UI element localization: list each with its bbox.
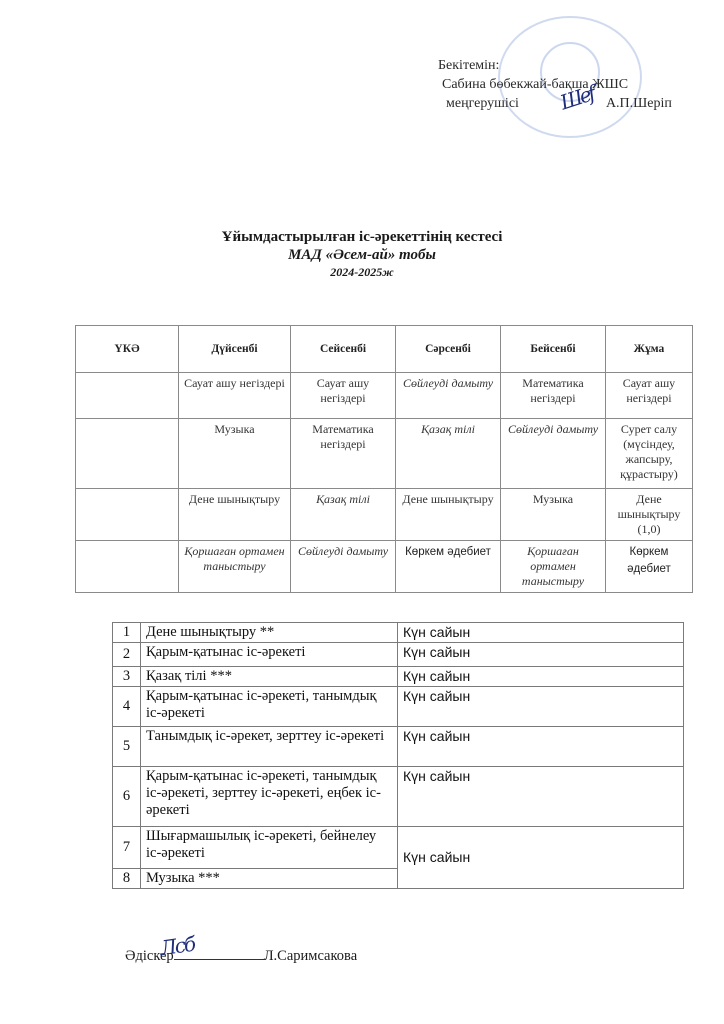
schedule-cell: Қазақ тілі [291, 489, 396, 541]
activity-name: Музыка *** [141, 869, 398, 889]
schedule-row: Музыка Математика негіздері Қазақ тілі С… [76, 419, 693, 489]
schedule-cell: Сөйлеуді дамыту [396, 373, 501, 419]
schedule-cell: Музыка [501, 489, 606, 541]
activity-row: 6 Қарым-қатынас іс-әрекеті, танымдық іс-… [113, 767, 684, 827]
activity-number: 7 [113, 827, 141, 869]
activity-number: 6 [113, 767, 141, 827]
schedule-cell: Дене шынықтыру [179, 489, 291, 541]
document-title: Ұйымдастырылған іс-әрекеттінің кестесі [0, 228, 724, 246]
schedule-cell: Дене шынықтыру [396, 489, 501, 541]
schedule-cell: Көркем әдебиет [606, 541, 693, 593]
activity-frequency: Күн сайын [398, 767, 684, 827]
column-header-uke: ҮКӘ [76, 326, 179, 373]
column-header-thursday: Бейсенбі [501, 326, 606, 373]
activities-table: 1 Дене шынықтыру ** Күн сайын 2 Қарым-қа… [112, 622, 684, 889]
column-header-wednesday: Сәрсенбі [396, 326, 501, 373]
activity-number: 8 [113, 869, 141, 889]
activity-name: Қазақ тілі *** [141, 667, 398, 687]
approval-name: А.П.Шеріп [606, 96, 672, 111]
schedule-cell: Сауат ашу негіздері [606, 373, 693, 419]
activity-row: 5 Танымдық іс-әрекет, зерттеу іс-әрекеті… [113, 727, 684, 767]
activity-row: 1 Дене шынықтыру ** Күн сайын [113, 623, 684, 643]
academic-year: 2024-2025ж [0, 264, 724, 280]
schedule-cell: Сауат ашу негіздері [179, 373, 291, 419]
activity-frequency: Күн сайын [398, 667, 684, 687]
activity-name: Дене шынықтыру ** [141, 623, 398, 643]
group-name: МАД «Әсем-ай» тобы [0, 246, 724, 264]
schedule-header-row: ҮКӘ Дүйсенбі Сейсенбі Сәрсенбі Бейсенбі … [76, 326, 693, 373]
methodist-name: Л.Саримсакова [264, 948, 357, 964]
approval-role: меңгерушісі [446, 96, 519, 111]
schedule-cell: Қоршаған ортамен таныстыру [501, 541, 606, 593]
column-header-friday: Жұма [606, 326, 693, 373]
activity-number: 5 [113, 727, 141, 767]
activity-name: Қарым-қатынас іс-әрекеті, танымдық іс-әр… [141, 687, 398, 727]
schedule-cell: Сөйлеуді дамыту [291, 541, 396, 593]
schedule-row: Қоршаған ортамен таныстыру Сөйлеуді дамы… [76, 541, 693, 593]
activity-number: 1 [113, 623, 141, 643]
column-header-monday: Дүйсенбі [179, 326, 291, 373]
document-header: Ұйымдастырылған іс-әрекеттінің кестесі М… [0, 228, 724, 280]
activity-frequency: Күн сайын [398, 643, 684, 667]
activity-frequency: Күн сайын [398, 687, 684, 727]
schedule-row: Сауат ашу негіздері Сауат ашу негіздері … [76, 373, 693, 419]
schedule-cell: Қоршаған ортамен таныстыру [179, 541, 291, 593]
column-header-tuesday: Сейсенбі [291, 326, 396, 373]
approval-signatory: меңгерушісі А.П.Шеріп [438, 94, 672, 113]
activity-row: 2 Қарым-қатынас іс-әрекеті Күн сайын [113, 643, 684, 667]
schedule-cell: Музыка [179, 419, 291, 489]
schedule-cell: Дене шынықтыру (1,0) [606, 489, 693, 541]
weekly-schedule-table: ҮКӘ Дүйсенбі Сейсенбі Сәрсенбі Бейсенбі … [75, 325, 693, 593]
activity-number: 3 [113, 667, 141, 687]
activity-row: 7 Шығармашылық іс-әрекеті, бейнелеу іс-ә… [113, 827, 684, 869]
schedule-cell: Сөйлеуді дамыту [501, 419, 606, 489]
activity-name: Қарым-қатынас іс-әрекеті, танымдық іс-әр… [141, 767, 398, 827]
schedule-cell: Қазақ тілі [396, 419, 501, 489]
activity-name: Шығармашылық іс-әрекеті, бейнелеу іс-әре… [141, 827, 398, 869]
approval-block: Бекітемін: Сабина бөбекжай-бақша ЖШС мең… [438, 56, 672, 113]
schedule-cell: Математика негіздері [291, 419, 396, 489]
activity-number: 4 [113, 687, 141, 727]
activity-row: 4 Қарым-қатынас іс-әрекеті, танымдық іс-… [113, 687, 684, 727]
activity-number: 2 [113, 643, 141, 667]
activity-name: Қарым-қатынас іс-әрекеті [141, 643, 398, 667]
schedule-row: Дене шынықтыру Қазақ тілі Дене шынықтыру… [76, 489, 693, 541]
schedule-cell [76, 419, 179, 489]
approval-heading: Бекітемін: [438, 56, 672, 75]
schedule-cell: Сурет салу (мүсіндеу, жапсыру, құрастыру… [606, 419, 693, 489]
schedule-cell [76, 373, 179, 419]
schedule-cell [76, 489, 179, 541]
schedule-cell: Математика негіздері [501, 373, 606, 419]
approval-organization: Сабина бөбекжай-бақша ЖШС [438, 75, 672, 94]
activity-row: 3 Қазақ тілі *** Күн сайын [113, 667, 684, 687]
activity-frequency: Күн сайын [398, 827, 684, 889]
activity-frequency: Күн сайын [398, 727, 684, 767]
schedule-cell [76, 541, 179, 593]
schedule-cell: Сауат ашу негіздері [291, 373, 396, 419]
methodist-signature: Лсб [158, 932, 195, 961]
activity-name: Танымдық іс-әрекет, зерттеу іс-әрекеті [141, 727, 398, 767]
activity-frequency: Күн сайын [398, 623, 684, 643]
schedule-cell: Көркем әдебиет [396, 541, 501, 593]
